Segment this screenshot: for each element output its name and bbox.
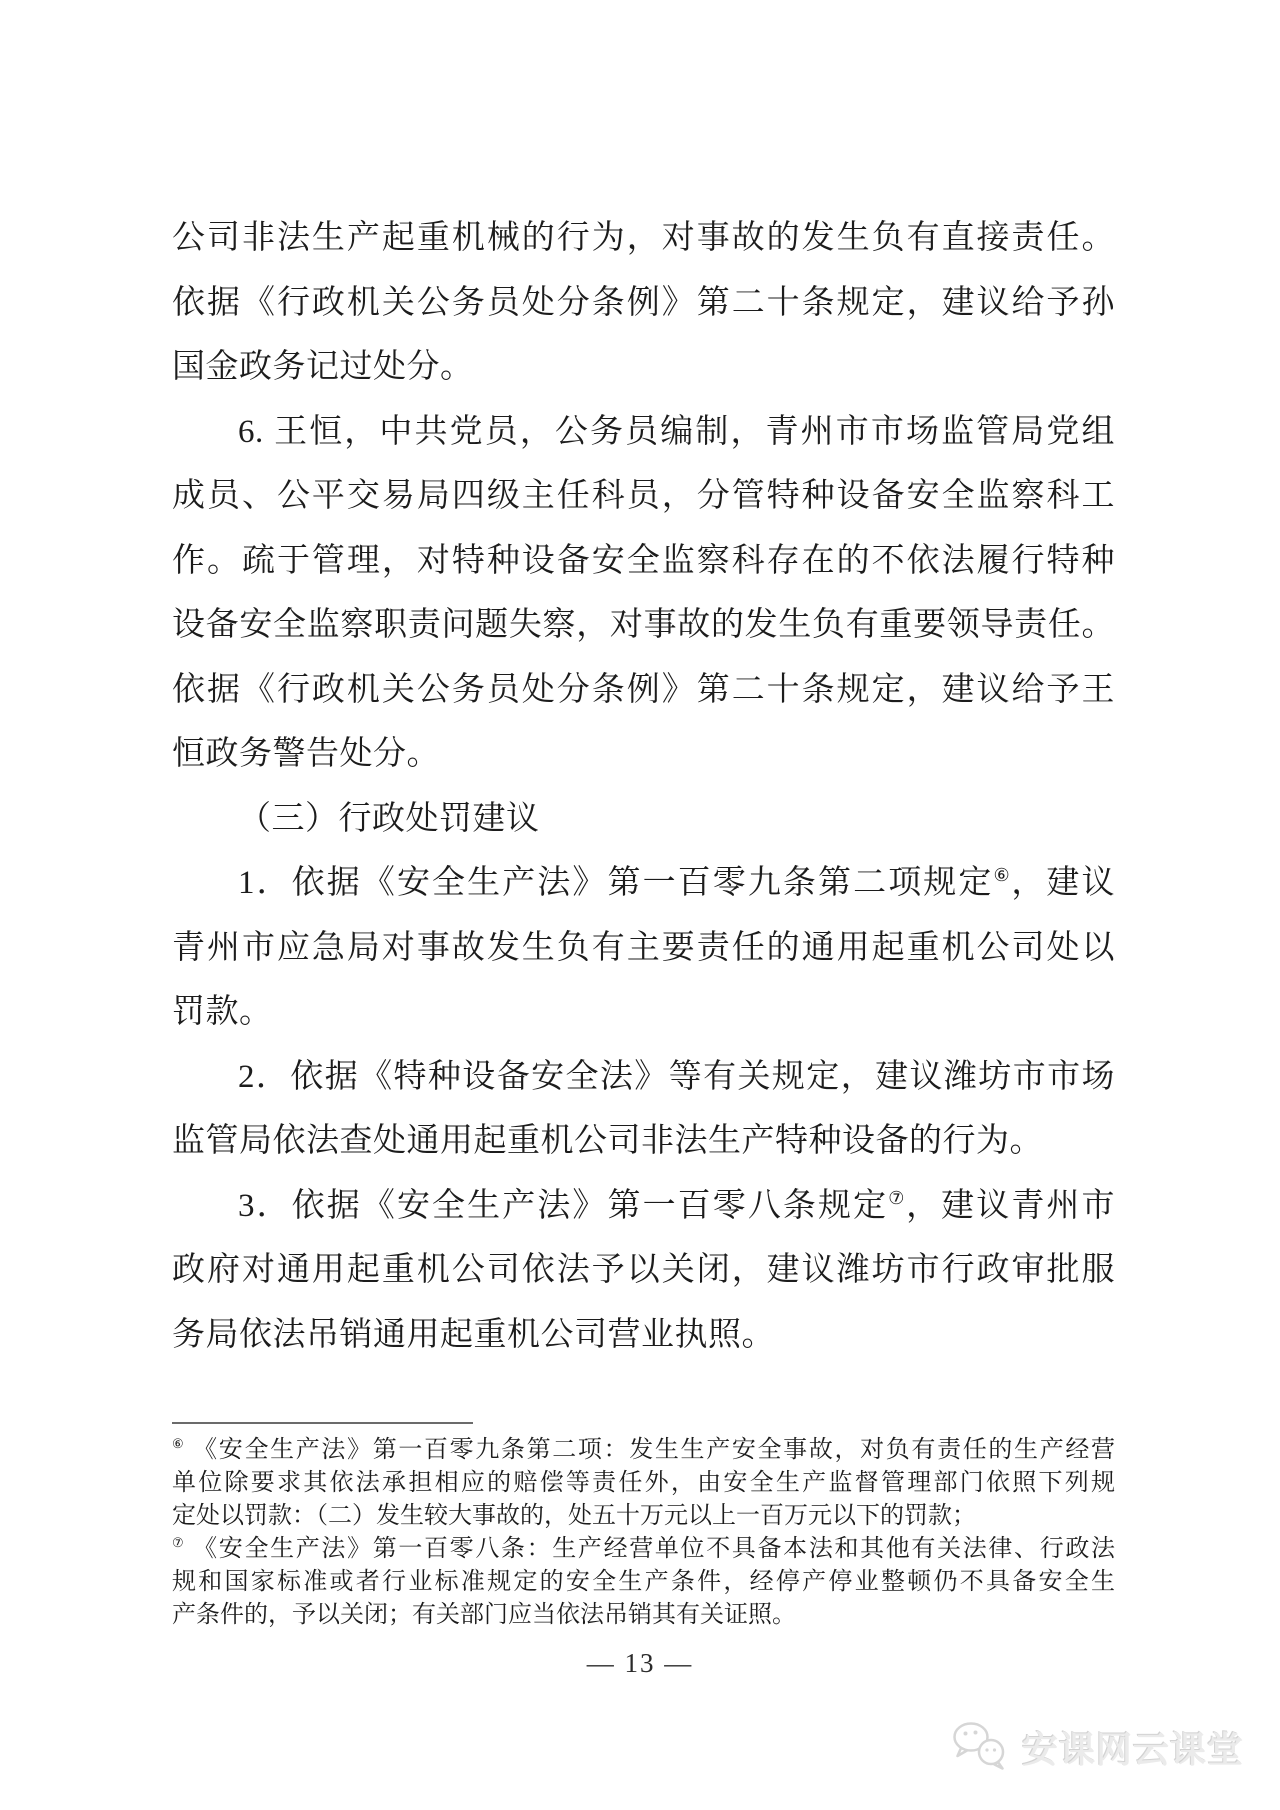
body-text-line: 依据《行政机关公务员处分条例》第二十条规定，建议给予孙 — [172, 271, 1115, 336]
body-text-line: 青州市应急局对事故发生负有主要责任的通用起重机公司处以 — [172, 916, 1115, 981]
body-text-line: 政府对通用起重机公司依法予以关闭，建议潍坊市行政审批服 — [172, 1238, 1115, 1303]
body-text-line: 罚款。 — [172, 980, 1115, 1045]
body-text-line: 6. 王恒，中共党员，公务员编制，青州市市场监管局党组 — [172, 400, 1115, 465]
footnote-line: ⑥ 《安全生产法》第一百零九条第二项：发生生产安全事故，对负有责任的生产经营 — [172, 1434, 1115, 1467]
body-text-line: 1．依据《安全生产法》第一百零九条第二项规定⑥，建议 — [172, 851, 1115, 916]
footnote-ref-mark: ⑥ — [993, 865, 1011, 885]
page-number: — 13 — — [0, 1648, 1280, 1679]
watermark-text: 安课网云课堂 — [1022, 1722, 1244, 1773]
footnote-line: 规和国家标准或者行业标准规定的安全生产条件，经停产停业整顿仍不具备安全生 — [172, 1566, 1115, 1599]
footnote-line: 产条件的，予以关闭；有关部门应当依法吊销其有关证照。 — [172, 1599, 1115, 1632]
footnote-ref-mark: ⑦ — [888, 1188, 906, 1208]
footnote-ref-mark: ⑥ — [172, 1436, 185, 1451]
footnote-divider — [172, 1422, 473, 1424]
body-text-line: 3．依据《安全生产法》第一百零八条规定⑦，建议青州市 — [172, 1174, 1115, 1239]
footnotes: ⑥ 《安全生产法》第一百零九条第二项：发生生产安全事故，对负有责任的生产经营单位… — [172, 1434, 1115, 1632]
body-text-line: 公司非法生产起重机械的行为，对事故的发生负有直接责任。 — [172, 206, 1115, 271]
body-text-line: 务局依法吊销通用起重机公司营业执照。 — [172, 1303, 1115, 1368]
body-text-line: （三）行政处罚建议 — [172, 787, 1115, 852]
body-text-line: 恒政务警告处分。 — [172, 722, 1115, 787]
body-text-line: 成员、公平交易局四级主任科员，分管特种设备安全监察科工 — [172, 464, 1115, 529]
footnote-ref-mark: ⑦ — [172, 1535, 185, 1550]
footnote-line: 单位除要求其依法承担相应的赔偿等责任外，由安全生产监督管理部门依照下列规 — [172, 1467, 1115, 1500]
footnote-line: ⑦ 《安全生产法》第一百零八条：生产经营单位不具备本法和其他有关法律、行政法 — [172, 1533, 1115, 1566]
body-text-line: 作。疏于管理，对特种设备安全监察科存在的不依法履行特种 — [172, 529, 1115, 594]
body-text-line: 监管局依法查处通用起重机公司非法生产特种设备的行为。 — [172, 1109, 1115, 1174]
body-text: 公司非法生产起重机械的行为，对事故的发生负有直接责任。依据《行政机关公务员处分条… — [172, 206, 1115, 1367]
wechat-chat-bubbles-icon — [950, 1720, 1010, 1774]
document-page: 公司非法生产起重机械的行为，对事故的发生负有直接责任。依据《行政机关公务员处分条… — [0, 0, 1280, 1810]
footnote-line: 定处以罚款：（二）发生较大事故的，处五十万元以上一百万元以下的罚款； — [172, 1500, 1115, 1533]
body-text-line: 设备安全监察职责问题失察，对事故的发生负有重要领导责任。 — [172, 593, 1115, 658]
body-text-line: 2．依据《特种设备安全法》等有关规定，建议潍坊市市场 — [172, 1045, 1115, 1110]
body-text-line: 国金政务记过处分。 — [172, 335, 1115, 400]
body-text-line: 依据《行政机关公务员处分条例》第二十条规定，建议给予王 — [172, 658, 1115, 723]
watermark: 安课网云课堂 — [950, 1720, 1244, 1774]
